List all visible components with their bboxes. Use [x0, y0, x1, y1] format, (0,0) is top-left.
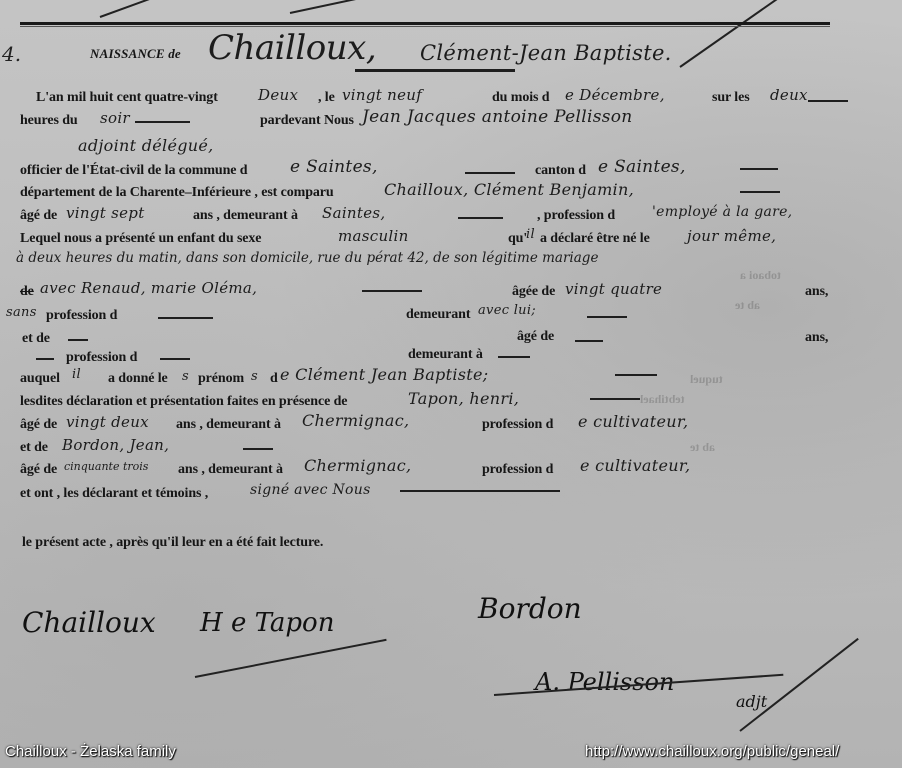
header-rule	[20, 22, 830, 25]
text-qu: qu'	[508, 231, 527, 247]
handwritten-mother-residence: avec lui;	[478, 303, 536, 318]
text-et-de-w2: et de	[20, 440, 48, 456]
text-et-ont-signe: et ont , les déclarant et témoins ,	[20, 486, 208, 502]
text-sur-les: sur les	[712, 90, 750, 106]
text-ans: ans,	[805, 284, 828, 300]
text-profession-empty: profession d	[66, 350, 137, 366]
text-profession-mother: profession d	[46, 308, 117, 324]
bleed-through-text: tuquel	[690, 372, 723, 387]
handwritten-witness2-profession: e cultivateur,	[580, 456, 690, 475]
handwritten-witness1-name: Tapon, henri,	[408, 389, 519, 408]
bleed-through-text: ab te	[690, 440, 715, 455]
handwritten-witness1-age: vingt deux	[66, 413, 149, 431]
text-demeurant: ans , demeurant à	[193, 208, 298, 224]
fill-dash	[615, 374, 657, 376]
handwritten-year: Deux	[258, 86, 298, 104]
text-prenom: prénom	[198, 371, 244, 387]
fill-dash	[590, 398, 640, 400]
text-age-de-empty: âgé de	[517, 329, 554, 345]
text-ans-empty: ans,	[805, 330, 828, 346]
handwritten-sex: masculin	[338, 227, 409, 245]
handwritten-father-age: vingt sept	[66, 204, 145, 222]
text-demeurant-mother: demeurant	[406, 307, 470, 323]
text-officier-commune: officier de l'État-civil de la commune d	[20, 163, 247, 179]
title-underline	[355, 69, 515, 72]
handwritten-canton: e Saintes,	[598, 157, 686, 177]
text-profession-w1: profession d	[482, 417, 553, 433]
pen-stroke	[100, 0, 176, 18]
footer-family-label: Chailloux - Żelaska family	[5, 743, 176, 760]
handwritten-commune: e Saintes,	[290, 157, 378, 177]
text-demeurant-w1: ans , demeurant à	[176, 417, 281, 433]
handwritten-plural-s: s	[182, 369, 189, 384]
struck-text: de	[20, 284, 34, 300]
text-lesdites-declaration: lesdites déclaration et présentation fai…	[20, 394, 347, 410]
header-rule-thin	[20, 26, 830, 27]
fill-dash	[740, 168, 778, 170]
handwritten-mother-name: avec Renaud, marie Oléma,	[40, 279, 257, 297]
record-surname: Chailloux,	[208, 28, 376, 68]
text-age-de-w2: âgé de	[20, 462, 57, 478]
bleed-through-text: tebtihael	[640, 392, 685, 407]
document-scan: tobaoi a ab te tuquel tebtihael ab te 4.…	[0, 0, 902, 768]
handwritten-officer-name: Jean Jacques antoine Pellisson	[362, 107, 633, 127]
handwritten-signed-with: signé avec Nous	[250, 482, 371, 498]
bleed-through-text: tobaoi a	[740, 268, 781, 283]
text-declare-ne-le: a déclaré être né le	[540, 231, 650, 247]
text-age-de-w1: âgé de	[20, 417, 57, 433]
fill-dash	[362, 290, 422, 292]
pen-stroke	[679, 0, 811, 68]
handwritten-time: soir	[100, 109, 130, 127]
text-demeurant-w2: ans , demeurant à	[178, 462, 283, 478]
signature-flourish	[195, 639, 387, 678]
handwritten-witness2-age: cinquante trois	[64, 460, 148, 473]
text-agee-de: âgée de	[512, 284, 555, 300]
text-pardevant-nous: pardevant Nous	[260, 113, 354, 129]
text-heures-du: heures du	[20, 113, 78, 129]
fill-dash	[160, 358, 190, 360]
fill-dash	[243, 448, 273, 450]
handwritten-birth-day: jour même,	[687, 227, 776, 245]
handwritten-day: vingt neuf	[342, 86, 422, 104]
handwritten-mother-age: vingt quatre	[565, 280, 662, 298]
fill-dash	[465, 172, 515, 174]
fill-dash	[68, 339, 88, 341]
handwritten-father-profession: 'employé à la gare,	[652, 204, 792, 220]
text-year-prefix: L'an mil huit cent quatre-vingt	[36, 90, 218, 106]
fill-dash	[575, 340, 603, 342]
fill-dash	[158, 317, 213, 319]
signature-father: Chailloux	[22, 606, 156, 639]
pen-stroke	[290, 0, 359, 14]
bleed-through-text: ab te	[735, 298, 760, 313]
text-le: , le	[318, 90, 335, 106]
record-given-names: Clément-Jean Baptiste.	[420, 41, 672, 65]
signature-flourish	[739, 638, 858, 732]
margin-note: 4.	[2, 42, 21, 66]
text-age-de: âgé de	[20, 208, 57, 224]
handwritten-witness2-residence: Chermignac,	[304, 456, 411, 475]
signature-officer-role: adjt	[736, 692, 767, 711]
handwritten-witness1-profession: e cultivateur,	[578, 412, 688, 431]
text-du-mois: du mois d	[492, 90, 549, 106]
record-type-label: NAISSANCE de	[90, 46, 181, 62]
handwritten-birth-details: à deux heures du matin, dans son domicil…	[16, 250, 598, 266]
handwritten-father-residence: Saintes,	[322, 204, 385, 222]
text-demeurant-empty: demeurant à	[408, 347, 483, 363]
signature-witness1: H e Tapon	[200, 608, 334, 638]
handwritten-witness1-residence: Chermignac,	[302, 411, 409, 430]
text-a-donne-le: a donné le	[108, 371, 168, 387]
handwritten-witness2-name: Bordon, Jean,	[62, 436, 169, 454]
fill-dash	[587, 316, 627, 318]
text-present-acte: le présent acte , après qu'il leur en a …	[22, 535, 323, 551]
fill-dash	[808, 100, 848, 102]
text-et-de: et de	[22, 331, 50, 347]
handwritten-plural-s: s	[251, 369, 258, 384]
handwritten-hour: deux	[770, 86, 808, 104]
footer-url: http://www.chailloux.org/public/geneal/	[585, 743, 839, 760]
text-canton: canton d	[535, 163, 586, 179]
fill-dash	[400, 490, 560, 492]
signature-witness2: Bordon	[478, 592, 582, 625]
handwritten-month: e Décembre,	[565, 86, 665, 104]
fill-dash	[458, 217, 503, 219]
text-lequel-sexe: Lequel nous a présenté un enfant du sexe	[20, 231, 261, 247]
text-profession: , profession d	[537, 208, 615, 224]
fill-dash	[36, 358, 54, 360]
handwritten-sans: sans	[6, 305, 37, 320]
handwritten-pronoun: il	[526, 227, 535, 242]
text-profession-w2: profession d	[482, 462, 553, 478]
text-auquel: auquel	[20, 371, 60, 387]
handwritten-pronoun-2: il	[72, 367, 81, 382]
fill-dash	[135, 121, 190, 123]
text-departement-comparu: département de la Charente–Inférieure , …	[20, 185, 334, 201]
handwritten-given-names: e Clément Jean Baptiste;	[280, 365, 488, 384]
handwritten-father-name: Chailloux, Clément Benjamin,	[384, 180, 634, 199]
fill-dash	[740, 191, 780, 193]
handwritten-officer-role: adjoint délégué,	[78, 136, 214, 155]
fill-dash	[498, 356, 530, 358]
text-de: d	[270, 371, 278, 387]
